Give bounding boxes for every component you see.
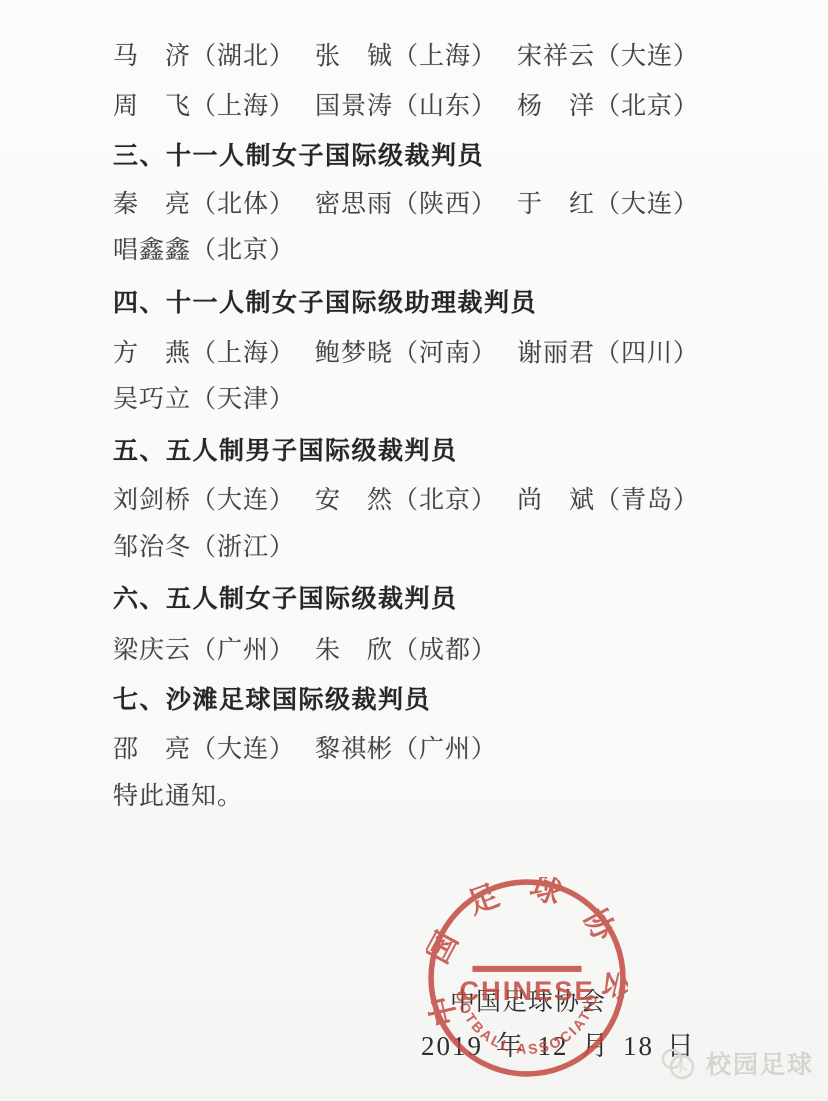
referee-entry: 方 燕（上海）: [113, 333, 315, 369]
referee-entry: 黎祺彬（广州）: [315, 729, 497, 765]
referee-entry: 于 红（大连）: [517, 184, 699, 220]
referee-entry: 邵 亮（大连）: [113, 729, 315, 765]
referee-entry: 周 飞（上海）: [113, 86, 315, 122]
panda-football-logo-icon: [657, 1044, 699, 1082]
referee-row: 唱鑫鑫（北京）: [113, 230, 295, 266]
referee-entry: 马 济（湖北）: [113, 36, 315, 72]
referee-entry: 谢丽君（四川）: [517, 333, 699, 369]
section-heading-5: 五、五人制男子国际级裁判员: [113, 431, 458, 467]
issue-date: 2019 年 12 月 18 日: [421, 1024, 696, 1063]
referee-entry: 宋祥云（大连）: [517, 36, 699, 72]
issuer-signature: 中国足球协会: [427, 982, 629, 1018]
referee-row: 周 飞（上海）国景涛（山东）杨 洋（北京）: [113, 86, 699, 122]
referee-entry: 张 铖（上海）: [315, 36, 517, 72]
referee-entry: 邹治冬（浙江）: [113, 527, 295, 563]
referee-entry: 唱鑫鑫（北京）: [113, 230, 295, 266]
referee-entry: 吴巧立（天津）: [113, 379, 295, 415]
section-heading-3: 三、十一人制女子国际级裁判员: [113, 136, 484, 172]
referee-entry: 梁庆云（广州）: [113, 630, 315, 666]
referee-entry: 国景涛（山东）: [315, 86, 517, 122]
section-heading-4: 四、十一人制女子国际级助理裁判员: [113, 283, 537, 319]
referee-row: 吴巧立（天津）: [113, 379, 295, 415]
section-heading-7: 七、沙滩足球国际级裁判员: [113, 680, 431, 716]
watermark-label: 校园足球: [706, 1045, 814, 1081]
referee-entry: 尚 斌（青岛）: [517, 480, 699, 516]
referee-row: 刘剑桥（大连）安 然（北京）尚 斌（青岛）: [113, 480, 699, 516]
document-page: 马 济（湖北）张 铖（上海）宋祥云（大连） 周 飞（上海）国景涛（山东）杨 洋（…: [0, 0, 828, 1101]
referee-entry: 杨 洋（北京）: [517, 86, 699, 122]
referee-row: 邵 亮（大连）黎祺彬（广州）: [113, 729, 497, 765]
referee-entry: 安 然（北京）: [315, 480, 517, 516]
referee-entry: 秦 亮（北体）: [113, 184, 315, 220]
referee-entry: 刘剑桥（大连）: [113, 480, 315, 516]
seal-center-bar: [472, 966, 581, 972]
referee-row: 邹治冬（浙江）: [113, 527, 295, 563]
referee-entry: 鲍梦晓（河南）: [315, 333, 517, 369]
watermark: 校园足球: [657, 1044, 814, 1082]
referee-row: 方 燕（上海）鲍梦晓（河南）谢丽君（四川）: [113, 333, 699, 369]
referee-entry: 密思雨（陕西）: [315, 184, 517, 220]
section-heading-6: 六、五人制女子国际级裁判员: [113, 579, 458, 615]
referee-row: 秦 亮（北体）密思雨（陕西）于 红（大连）: [113, 184, 699, 220]
referee-row: 梁庆云（广州）朱 欣（成都）: [113, 630, 497, 666]
referee-entry: 朱 欣（成都）: [315, 630, 497, 666]
referee-row: 马 济（湖北）张 铖（上海）宋祥云（大连）: [113, 36, 699, 72]
closing-note: 特此通知。: [113, 776, 243, 812]
